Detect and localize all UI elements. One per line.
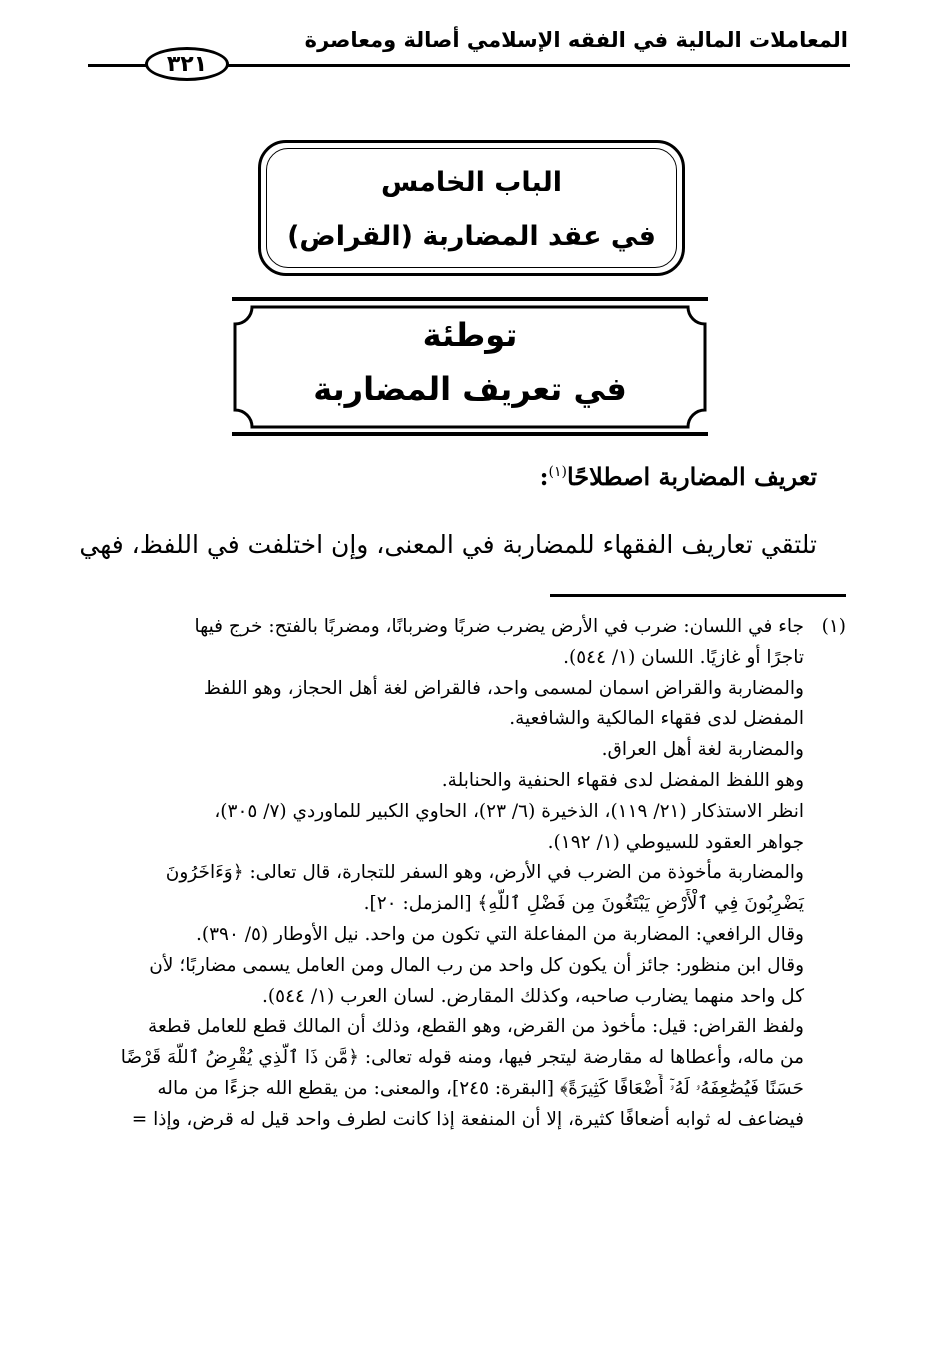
footnote-separator [550, 594, 846, 597]
intro-title: توطئة [232, 316, 708, 354]
footnote-line: يَضْرِبُونَ فِي ٱلْأَرْضِ يَبْتَغُونَ مِ… [76, 889, 846, 920]
footnote-line: وهو اللفظ المفضل لدى فقهاء الحنفية والحن… [76, 766, 846, 797]
section-heading-text: تعريف المضاربة اصطلاحًا [567, 462, 817, 491]
footnote-number: (١) [804, 612, 846, 643]
page-number-badge: ٣٢١ [145, 47, 229, 81]
footnote-line: تاجرًا أو غازيًا. اللسان (١/ ٥٤٤). [76, 643, 846, 674]
footnote-line: ولفظ القراض: قيل: مأخوذ من القرض، وهو ال… [76, 1012, 846, 1043]
footnote-block: (١)جاء في اللسان: ضرب في الأرض يضرب ضربً… [76, 612, 846, 1136]
footnote-line: كل واحد منهما يضارب صاحبه، وكذلك المقارض… [76, 982, 846, 1013]
footnote-line: المفضل لدى فقهاء المالكية والشافعية. [76, 704, 846, 735]
running-title: المعاملات المالية في الفقه الإسلامي أصال… [305, 28, 848, 52]
intro-title-box: توطئة في تعريف المضاربة [232, 304, 708, 430]
chapter-title-box: الباب الخامس في عقد المضاربة (القراض) [258, 140, 685, 276]
footnote-line: والمضاربة والقراض اسمان لمسمى واحد، فالق… [76, 674, 846, 705]
intro-rule-bottom [232, 432, 708, 436]
intro-rule-top [232, 297, 708, 301]
intro-subtitle: في تعريف المضاربة [232, 370, 708, 408]
footnote-line: والمضاربة مأخوذة من الضرب في الأرض، وهو … [76, 858, 846, 889]
chapter-title: الباب الخامس [261, 167, 682, 198]
footnote-ref[interactable]: (١) [548, 464, 566, 480]
footnote-line: والمضاربة لغة أهل العراق. [76, 735, 846, 766]
footnote-line: حَسَنًا فَيُضَٰعِفَهُۥ لَهُۥٓ أَضْعَافًا… [76, 1074, 846, 1105]
chapter-subtitle: في عقد المضاربة (القراض) [261, 221, 682, 252]
footnote-line: (١)جاء في اللسان: ضرب في الأرض يضرب ضربً… [76, 612, 846, 643]
footnote-line: جواهر العقود للسيوطي (١/ ١٩٢). [76, 828, 846, 859]
body-paragraph: تلتقي تعاريف الفقهاء للمضاربة في المعنى،… [79, 530, 817, 559]
footnote-line: فيضاعف له ثوابه أضعافًا كثيرة، إلا أن ال… [76, 1105, 846, 1136]
footnote-line: انظر الاستذكار (٢١/ ١١٩)، الذخيرة (٦/ ٢٣… [76, 797, 846, 828]
footnote-line: وقال الرافعي: المضاربة من المفاعلة التي … [76, 920, 846, 951]
footnote-line: وقال ابن منظور: جائز أن يكون كل واحد من … [76, 951, 846, 982]
page-number: ٣٢١ [167, 52, 207, 77]
section-heading: تعريف المضاربة اصطلاحًا(١): [540, 462, 817, 491]
footnote-line: من ماله، وأعطاها له مقارضة ليتجر فيها، و… [76, 1043, 846, 1074]
